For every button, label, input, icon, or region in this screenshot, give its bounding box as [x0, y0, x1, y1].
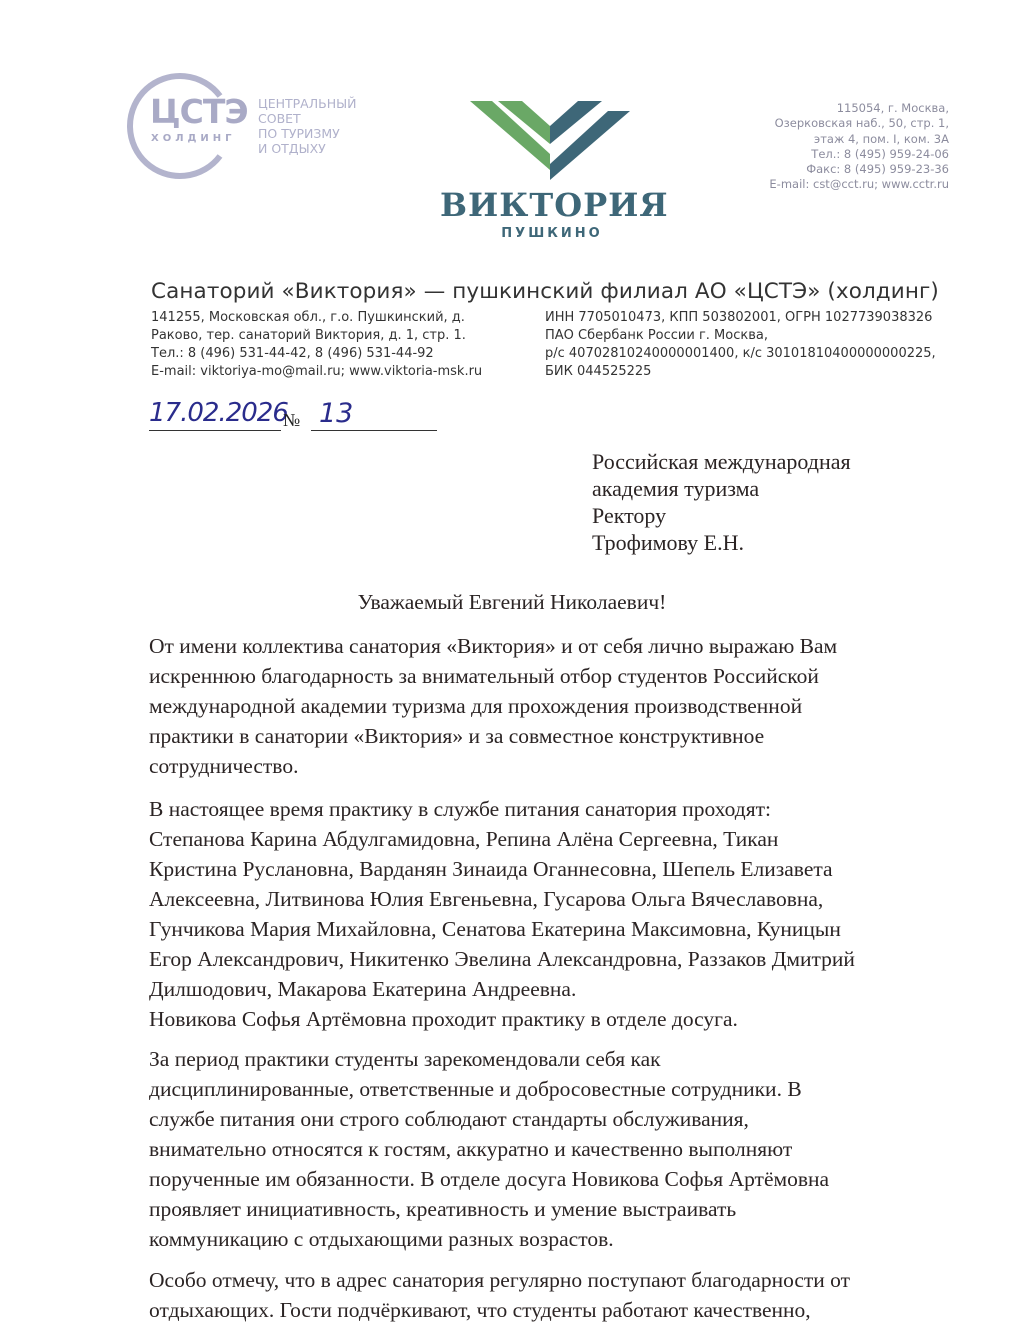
- paragraph-gratitude: От имени коллектива санатория «Виктория»…: [149, 631, 837, 781]
- organization-requisites: ИНН 7705010473, КПП 503802001, ОГРН 1027…: [545, 309, 936, 381]
- text-line: В настоящее время практику в службе пита…: [149, 794, 855, 824]
- text-line: Гунчикова Мария Михайловна, Сенатова Ека…: [149, 914, 855, 944]
- addressee: Российская международная академия туризм…: [592, 448, 851, 556]
- addressee-line: Трофимову Е.Н.: [592, 529, 851, 556]
- viktoria-chevron-icon: [470, 98, 630, 180]
- hq-contacts: 115054, г. Москва, Озерковская наб., 50,…: [769, 101, 949, 193]
- registration-line: 17.02.2026 № 13: [149, 398, 449, 438]
- requisites-line: БИК 044525225: [545, 363, 936, 381]
- number-sign: №: [283, 410, 300, 431]
- greeting: Уважаемый Евгений Николаевич!: [0, 590, 1024, 615]
- cste-holding-logo: ЦСТЭ ХОЛДИНГ ЦЕНТРАЛЬНЫЙ СОВЕТ ПО ТУРИЗМ…: [124, 70, 374, 185]
- requisites-line: р/с 40702810240000001400, к/с 3010181040…: [545, 345, 936, 363]
- text-line: порученные им обязанности. В отделе досу…: [149, 1164, 829, 1194]
- text-line: Особо отмечу, что в адрес санатория регу…: [149, 1265, 850, 1295]
- cste-logo-subtitle: ХОЛДИНГ: [151, 133, 236, 144]
- text-line: проявляет инициативность, креативность и…: [149, 1194, 829, 1224]
- text-line: Кристина Руслановна, Варданян Зинаида Ог…: [149, 854, 855, 884]
- paragraph-evaluation: За период практики студенты зарекомендов…: [149, 1044, 829, 1254]
- viktoria-logo-name: ВИКТОРИЯ: [440, 186, 664, 224]
- cste-text-line: ЦЕНТРАЛЬНЫЙ: [258, 96, 356, 111]
- cste-text-line: ПО ТУРИЗМУ: [258, 126, 356, 141]
- cste-text-line: СОВЕТ: [258, 111, 356, 126]
- text-line: международной академии туризма для прохо…: [149, 691, 837, 721]
- viktoria-logo-city: ПУШКИНО: [440, 226, 664, 241]
- registration-date: 17.02.2026: [149, 398, 288, 428]
- text-line: Степанова Карина Абдулгамидовна, Репина …: [149, 824, 855, 854]
- text-line: коммуникацию с отдыхающими разных возрас…: [149, 1224, 829, 1254]
- number-underline: [311, 430, 437, 431]
- cste-text-line: И ОТДЫХУ: [258, 141, 356, 156]
- requisites-line: ПАО Сбербанк России г. Москва,: [545, 327, 936, 345]
- text-line: дисциплинированные, ответственные и добр…: [149, 1074, 829, 1104]
- hq-contact-line: этаж 4, пом. I, ком. 3А: [769, 132, 949, 147]
- address-line: Тел.: 8 (496) 531-44-42, 8 (496) 531-44-…: [151, 345, 482, 363]
- organization-title: Санаторий «Виктория» — пушкинский филиал…: [151, 279, 939, 304]
- text-line: отдыхающих. Гости подчёркивают, что студ…: [149, 1295, 850, 1325]
- address-line: 141255, Московская обл., г.о. Пушкинский…: [151, 309, 482, 327]
- text-line: практики в санатории «Виктория» и за сов…: [149, 721, 837, 751]
- text-line: службе питания они строго соблюдают стан…: [149, 1104, 829, 1134]
- requisites-line: ИНН 7705010473, КПП 503802001, ОГРН 1027…: [545, 309, 936, 327]
- hq-contact-line: E-mail: cst@cct.ru; www.cctr.ru: [769, 177, 949, 192]
- viktoria-logo: ВИКТОРИЯ ПУШКИНО: [440, 98, 660, 248]
- date-underline: [149, 430, 281, 431]
- text-line: искреннюю благодарность за внимательный …: [149, 661, 837, 691]
- hq-contact-line: Тел.: 8 (495) 959-24-06: [769, 147, 949, 162]
- text-line: Новикова Софья Артёмовна проходит практи…: [149, 1004, 855, 1034]
- cste-logo-mark: ЦСТЭ: [150, 94, 248, 130]
- text-line: Алексеевна, Литвинова Юлия Евгеньевна, Г…: [149, 884, 855, 914]
- cste-logo-text: ЦЕНТРАЛЬНЫЙ СОВЕТ ПО ТУРИЗМУ И ОТДЫХУ: [258, 96, 356, 156]
- addressee-line: Российская международная: [592, 448, 851, 475]
- address-line: E-mail: viktoriya-mo@mail.ru; www.viktor…: [151, 363, 482, 381]
- paragraph-guest-feedback: Особо отмечу, что в адрес санатория регу…: [149, 1265, 850, 1325]
- text-line: Егор Александрович, Никитенко Эвелина Ал…: [149, 944, 855, 974]
- text-line: За период практики студенты зарекомендов…: [149, 1044, 829, 1074]
- address-line: Раково, тер. санаторий Виктория, д. 1, с…: [151, 327, 482, 345]
- hq-contact-line: Озерковская наб., 50, стр. 1,: [769, 116, 949, 131]
- hq-contact-line: 115054, г. Москва,: [769, 101, 949, 116]
- text-line: внимательно относятся к гостям, аккуратн…: [149, 1134, 829, 1164]
- organization-address: 141255, Московская обл., г.о. Пушкинский…: [151, 309, 482, 381]
- hq-contact-line: Факс: 8 (495) 959-23-36: [769, 162, 949, 177]
- paragraph-students-list: В настоящее время практику в службе пита…: [149, 794, 855, 1034]
- text-line: От имени коллектива санатория «Виктория»…: [149, 631, 837, 661]
- text-line: сотрудничество.: [149, 751, 837, 781]
- registration-number: 13: [319, 398, 353, 429]
- addressee-line: Ректору: [592, 502, 851, 529]
- text-line: Дилшодович, Макарова Екатерина Андреевна…: [149, 974, 855, 1004]
- addressee-line: академия туризма: [592, 475, 851, 502]
